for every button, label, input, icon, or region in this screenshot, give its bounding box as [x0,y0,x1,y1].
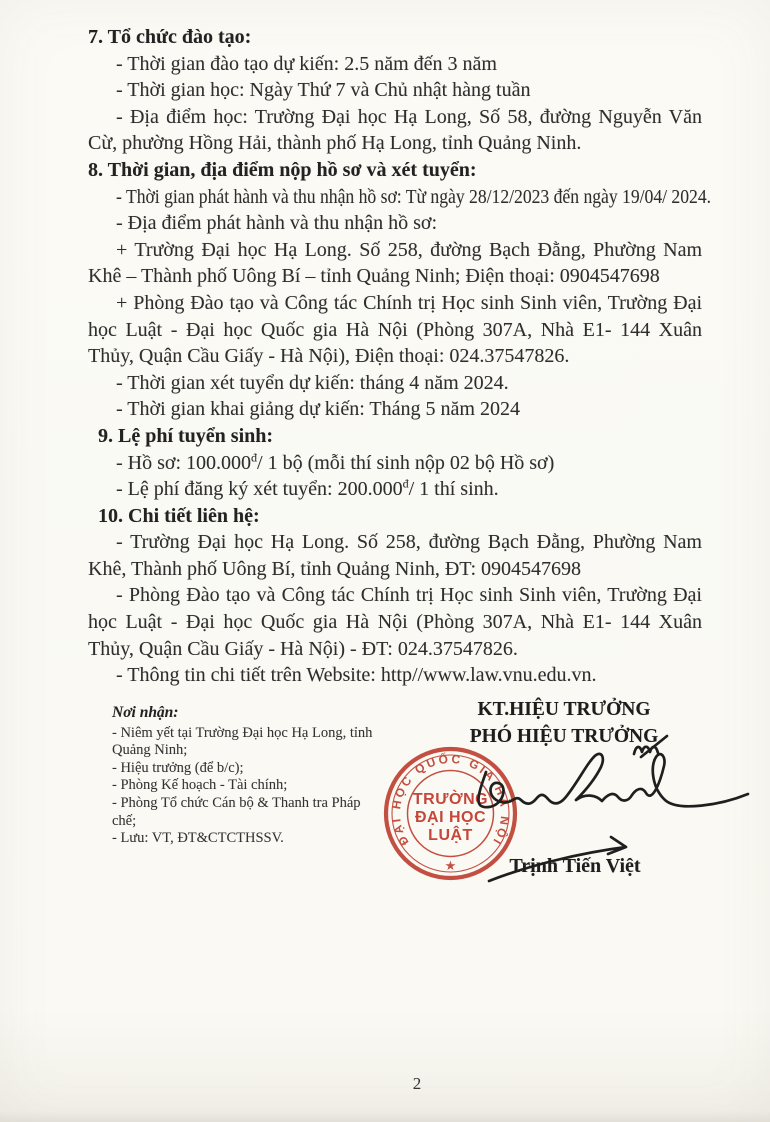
signer-name: Trịnh Tiến Việt [485,855,665,878]
recipient-item: - Phòng Kế hoạch - Tài chính; [112,777,388,795]
registration-fee-line: - Lệ phí đăng ký xét tuyển: 200.000đ/ 1 … [88,476,702,503]
law-school-address-paragraph: + Phòng Đào tạo và Công tác Chính trị Họ… [88,290,702,370]
contact-halong-paragraph: - Trường Đại học Hạ Long. Số 258, đường … [88,529,702,582]
contact-law-school-paragraph: - Phòng Đào tạo và Công tác Chính trị Họ… [88,582,702,662]
dossier-period-line: - Thời gian phát hành và thu nhận hồ sơ:… [88,184,702,211]
acting-rector-title: KT.HIỆU TRƯỞNG [449,696,679,723]
recipient-item: - Lưu: VT, ĐT&CTCTHSSV. [112,830,388,848]
admission-review-date-line: - Thời gian xét tuyển dự kiến: tháng 4 n… [88,370,702,397]
dossier-period-text: - Thời gian phát hành và thu nhận hồ sơ:… [116,184,711,211]
training-duration-line: - Thời gian đào tạo dự kiến: 2.5 năm đến… [88,51,702,78]
website-line: - Thông tin chi tiết trên Website: http/… [88,662,702,689]
dossier-fee-amount: - Hồ sơ: 100.000 [116,452,251,474]
signature-main-stroke [478,754,748,807]
recipient-item: - Hiệu trưởng (để b/c); [112,760,388,778]
halong-university-address-paragraph: + Trường Đại học Hạ Long. Số 258, đường … [88,237,702,290]
section-10-heading: 10. Chi tiết liên hệ: [88,503,702,530]
section-9-heading: 9. Lệ phí tuyển sinh: [88,423,702,450]
dossier-fee-line: - Hồ sơ: 100.000đ/ 1 bộ (mỗi thí sinh nộ… [88,450,702,477]
recipients-block: Nơi nhận: - Niêm yết tại Trường Đại học … [112,704,388,848]
page-number: 2 [372,1074,462,1094]
study-location-paragraph: - Địa điểm học: Trường Đại học Hạ Long, … [88,104,702,157]
recipients-heading: Nơi nhận: [112,704,388,722]
section-7-heading: 7. Tổ chức đào tạo: [88,24,702,51]
registration-fee-amount: - Lệ phí đăng ký xét tuyển: 200.000 [116,478,403,500]
section-8-heading: 8. Thời gian, địa điểm nộp hồ sơ và xét … [88,157,702,184]
opening-date-line: - Thời gian khai giảng dự kiến: Tháng 5 … [88,396,702,423]
dossier-fee-note: / 1 bộ (mỗi thí sinh nộp 02 bộ Hồ sơ) [257,452,554,474]
recipient-item: - Phòng Tổ chức Cán bộ & Thanh tra Pháp … [112,795,388,830]
scanned-document-page: 7. Tổ chức đào tạo: - Thời gian đào tạo … [0,0,770,1122]
recipient-item: - Niêm yết tại Trường Đại học Hạ Long, t… [112,725,388,760]
document-body: 7. Tổ chức đào tạo: - Thời gian đào tạo … [88,24,702,689]
study-schedule-line: - Thời gian học: Ngày Thứ 7 và Chủ nhật … [88,77,702,104]
registration-fee-note: / 1 thí sinh. [409,478,499,500]
dossier-locations-line: - Địa điểm phát hành và thu nhận hồ sơ: [88,210,702,237]
